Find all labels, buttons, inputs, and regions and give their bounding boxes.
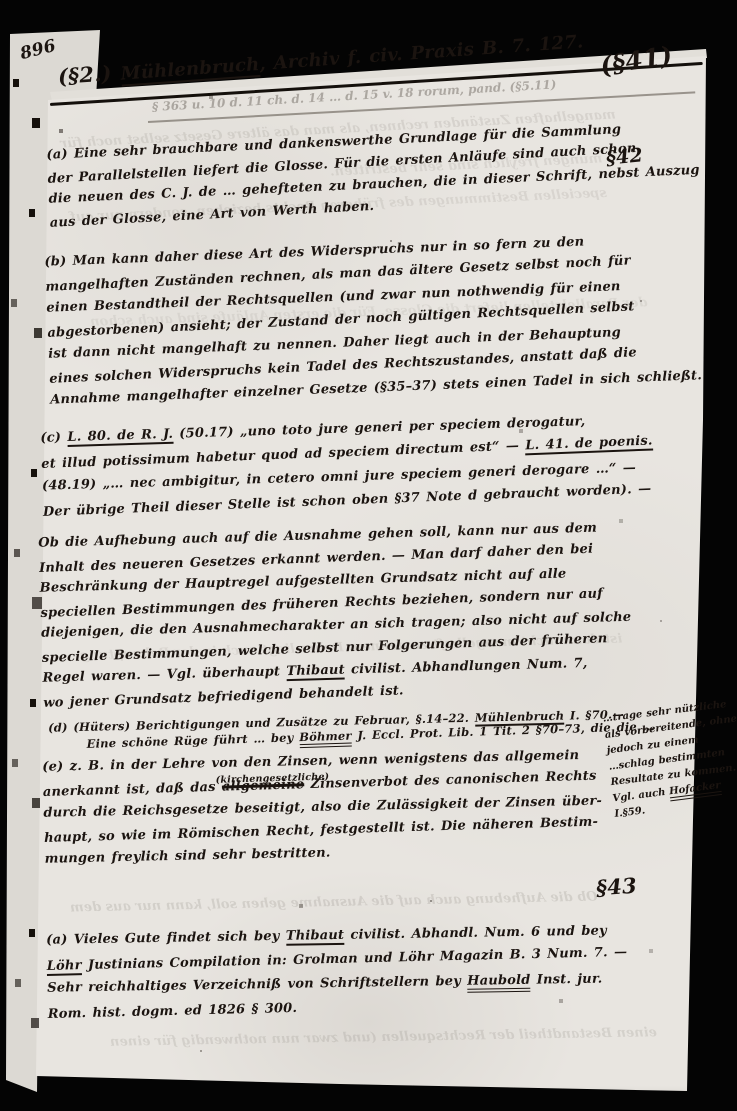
paragraph-c-citation: (c) L. 80. de R. J. (50.17) „uno toto ju… [40, 408, 603, 523]
paragraph-main: Ob die Aufhebung auch auf die Ausnahme g… [38, 516, 605, 714]
heading-section-prefix: (§2.) [57, 60, 121, 89]
author-ref: Löhr [47, 958, 82, 976]
citation-ref: L. 80. de R. J. [67, 427, 173, 447]
paragraph-e: (e) z. B. in der Lehre von den Zinsen, w… [42, 742, 605, 872]
paragraph-b: (b) Man kann daher diese Art des Widersp… [44, 229, 606, 413]
author-ref: Thibaut [286, 663, 345, 682]
interline-correction: (kirchengesetzliche) [215, 765, 329, 791]
bottom-note: (a) Vieles Gute findet sich bey Thibaut … [46, 918, 608, 1026]
author-ref: Haubold [467, 973, 531, 993]
edge-ink-blotches [0, 0, 4, 6]
section-number-843: §43 [595, 873, 637, 901]
author-ref: Böhmer [299, 729, 352, 749]
margin-note: …trage sehr nützliche als vorbereitende,… [602, 696, 737, 823]
author-ref: Thibaut [286, 928, 345, 946]
scan-background: { "colors": { "background": "#040404", "… [0, 0, 737, 1111]
